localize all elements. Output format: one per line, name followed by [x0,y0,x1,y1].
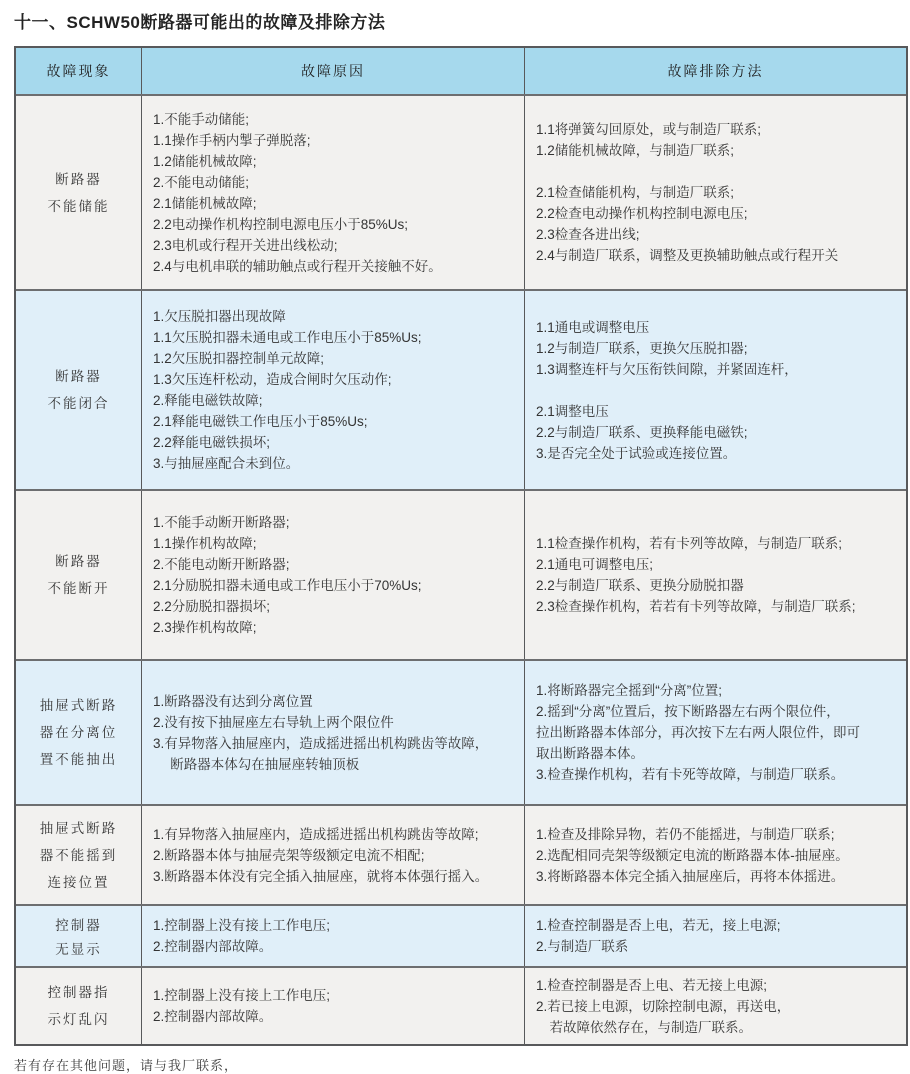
text-line: 2.断路器本体与抽屉壳架等级额定电流不相配; [153,845,516,866]
text-line: 1.断路器没有达到分离位置 [153,691,516,712]
text-line: 1.控制器上没有接上工作电压; [153,915,516,936]
cell-phenomenon: 控制器无显示 [16,906,142,966]
table-row: 控制器指示灯乱闪 1.控制器上没有接上工作电压;2.控制器内部故障。 1.检查控… [16,966,906,1044]
cell-cause: 1.有异物落入抽屉座内，造成摇进摇出机构跳齿等故障;2.断路器本体与抽屉壳架等级… [142,806,525,904]
text-line: 3.将断路器本体完全插入抽屉座后，再将本体摇进。 [536,866,898,887]
text-line: 2.4与电机串联的辅助触点或行程开关接触不好。 [153,256,516,277]
text-line: 1.有异物落入抽屉座内，造成摇进摇出机构跳齿等故障; [153,824,516,845]
text-line: 控制器指 [48,979,110,1006]
text-line: 2.控制器内部故障。 [153,1006,516,1027]
cell-remedy: 1.检查及排除异物，若仍不能摇进，与制造厂联系;2.选配相同壳架等级额定电流的断… [525,806,906,904]
table-rows: 断路器不能储能 1.不能手动储能;1.1操作手柄内掣子弹脱落;1.2储能机械故障… [16,94,906,1044]
text-line: 2.1储能机械故障; [153,193,516,214]
text-line: 2.不能电动储能; [153,172,516,193]
table-row: 断路器不能闭合 1.欠压脱扣器出现故障1.1欠压脱扣器未通电或工作电压小于85%… [16,289,906,489]
cell-remedy: 1.1检查操作机构，若有卡列等故障，与制造厂联系;2.1通电可调整电压;2.2与… [525,491,906,659]
text-line: 断路器 [55,166,102,193]
text-line: 2.不能电动断开断路器; [153,554,516,575]
cell-phenomenon: 断路器不能断开 [16,491,142,659]
text-line: 不能断开 [48,575,110,602]
table-row: 断路器不能储能 1.不能手动储能;1.1操作手柄内掣子弹脱落;1.2储能机械故障… [16,94,906,289]
text-line: 1.3调整连杆与欠压衔铁间隙，并紧固连杆， [536,359,898,380]
text-line: 2.3检查各进出线; [536,224,898,245]
cell-phenomenon: 断路器不能储能 [16,96,142,289]
table-row: 抽屉式断路器不能摇到连接位置 1.有异物落入抽屉座内，造成摇进摇出机构跳齿等故障… [16,804,906,904]
text-line [536,380,898,401]
text-line: 2.2与制造厂联系、更换分励脱扣器 [536,575,898,596]
text-line: 不能闭合 [48,390,110,417]
table-row: 断路器不能断开 1.不能手动断开断路器;1.1操作机构故障;2.不能电动断开断路… [16,489,906,659]
text-line: 3.检查操作机构，若有卡死等故障，与制造厂联系。 [536,764,898,785]
text-line: 2.1检查储能机构，与制造厂联系; [536,182,898,203]
table-row: 控制器无显示 1.控制器上没有接上工作电压;2.控制器内部故障。 1.检查控制器… [16,904,906,966]
text-line: 2.2电动操作机构控制电源电压小于85%Us; [153,214,516,235]
text-line: 控制器 [55,912,102,936]
text-line: 1.不能手动断开断路器; [153,512,516,533]
text-line: 1.1检查操作机构，若有卡列等故障，与制造厂联系; [536,533,898,554]
text-line: 3.是否完全处于试验或连接位置。 [536,443,898,464]
footer-note: 若有存在其他问题，请与我厂联系， [14,1055,910,1074]
text-line: 2.4与制造厂联系，调整及更换辅助触点或行程开关 [536,245,898,266]
text-line: 2.释能电磁铁故障; [153,390,516,411]
text-line: 3.断路器本体没有完全插入抽屉座，就将本体强行摇入。 [153,866,516,887]
cell-phenomenon: 断路器不能闭合 [16,291,142,489]
page-title: 十一、SCHW50断路器可能出的故障及排除方法 [14,8,910,33]
text-line: 取出断路器本体。 [536,743,898,764]
text-line: 不能储能 [48,193,110,220]
text-line: 2.2与制造厂联系、更换释能电磁铁; [536,422,898,443]
text-line: 2.2释能电磁铁损坏; [153,432,516,453]
text-line: 1.检查控制器是否上电、若无接上电源; [536,975,898,996]
cell-cause: 1.不能手动储能;1.1操作手柄内掣子弹脱落;1.2储能机械故障;2.不能电动储… [142,96,525,289]
text-line: 1.检查及排除异物，若仍不能摇进，与制造厂联系; [536,824,898,845]
text-line: 1.检查控制器是否上电，若无，接上电源; [536,915,898,936]
text-line: 1.欠压脱扣器出现故障 [153,306,516,327]
text-line: 2.3操作机构故障; [153,617,516,638]
cell-phenomenon: 控制器指示灯乱闪 [16,968,142,1044]
text-line: 1.将断路器完全摇到“分离”位置; [536,680,898,701]
text-line: 1.2与制造厂联系，更换欠压脱扣器; [536,338,898,359]
text-line: 器在分离位 [40,719,118,746]
text-line: 置不能抽出 [40,746,118,773]
text-line: 抽屉式断路 [40,815,118,842]
cell-remedy: 1.1将弹簧勾回原处，或与制造厂联系;1.2储能机械故障，与制造厂联系;2.1检… [525,96,906,289]
cell-remedy: 1.检查控制器是否上电、若无接上电源;2.若已接上电源，切除控制电源，再送电， … [525,968,906,1044]
text-line: 1.1欠压脱扣器未通电或工作电压小于85%Us; [153,327,516,348]
text-line: 1.2欠压脱扣器控制单元故障; [153,348,516,369]
text-line: 2.2检查电动操作机构控制电源电压; [536,203,898,224]
text-line: 断路器本体勾在抽屉座转轴顶板 [153,754,516,775]
text-line: 2.1分励脱扣器未通电或工作电压小于70%Us; [153,575,516,596]
text-line [536,161,898,182]
text-line: 2.与制造厂联系 [536,936,898,957]
text-line: 2.2分励脱扣器损坏; [153,596,516,617]
cell-cause: 1.欠压脱扣器出现故障1.1欠压脱扣器未通电或工作电压小于85%Us;1.2欠压… [142,291,525,489]
text-line: 1.1操作手柄内掣子弹脱落; [153,130,516,151]
text-line: 1.2储能机械故障; [153,151,516,172]
text-line: 1.1通电或调整电压 [536,317,898,338]
header-cell-cause: 故障原因 [142,48,525,94]
text-line: 器不能摇到 [40,842,118,869]
cell-remedy: 1.将断路器完全摇到“分离”位置;2.摇到“分离”位置后，按下断路器左右两个限位… [525,661,906,804]
text-line: 2.选配相同壳架等级额定电流的断路器本体-抽屉座。 [536,845,898,866]
text-line: 2.控制器内部故障。 [153,936,516,957]
text-line: 1.3欠压连杆松动，造成合闸时欠压动作; [153,369,516,390]
cell-cause: 1.断路器没有达到分离位置2.没有按下抽屉座左右导轨上两个限位件3.有异物落入抽… [142,661,525,804]
cell-phenomenon: 抽屉式断路器在分离位置不能抽出 [16,661,142,804]
text-line: 2.3检查操作机构，若若有卡列等故障，与制造厂联系; [536,596,898,617]
text-line: 1.控制器上没有接上工作电压; [153,985,516,1006]
cell-remedy: 1.检查控制器是否上电，若无，接上电源;2.与制造厂联系 [525,906,906,966]
cell-cause: 1.控制器上没有接上工作电压;2.控制器内部故障。 [142,968,525,1044]
text-line: 3.有异物落入抽屉座内，造成摇进摇出机构跳齿等故障， [153,733,516,754]
text-line: 2.3电机或行程开关进出线松动; [153,235,516,256]
page: 十一、SCHW50断路器可能出的故障及排除方法 故障现象 故障原因 故障排除方法… [0,0,910,1074]
text-line: 示灯乱闪 [48,1006,110,1033]
cell-remedy: 1.1通电或调整电压1.2与制造厂联系，更换欠压脱扣器;1.3调整连杆与欠压衔铁… [525,291,906,489]
table-header-row: 故障现象 故障原因 故障排除方法 [16,48,906,94]
cell-phenomenon: 抽屉式断路器不能摇到连接位置 [16,806,142,904]
text-line: 1.不能手动储能; [153,109,516,130]
cell-cause: 1.不能手动断开断路器;1.1操作机构故障;2.不能电动断开断路器;2.1分励脱… [142,491,525,659]
header-cell-remedy: 故障排除方法 [525,48,906,94]
header-cell-phenomenon: 故障现象 [16,48,142,94]
text-line: 断路器 [55,548,102,575]
text-line: 1.1将弹簧勾回原处，或与制造厂联系; [536,119,898,140]
table-row: 抽屉式断路器在分离位置不能抽出 1.断路器没有达到分离位置2.没有按下抽屉座左右… [16,659,906,804]
text-line: 3.与抽屉座配合未到位。 [153,453,516,474]
text-line: 拉出断路器本体部分，再次按下左右两人限位件，即可 [536,722,898,743]
text-line: 无显示 [55,936,102,960]
text-line: 1.2储能机械故障，与制造厂联系; [536,140,898,161]
text-line: 2.1释能电磁铁工作电压小于85%Us; [153,411,516,432]
text-line: 若故障依然存在，与制造厂联系。 [536,1017,898,1038]
text-line: 2.若已接上电源，切除控制电源，再送电， [536,996,898,1017]
text-line: 2.摇到“分离”位置后，按下断路器左右两个限位件， [536,701,898,722]
text-line: 1.1操作机构故障; [153,533,516,554]
text-line: 抽屉式断路 [40,692,118,719]
text-line: 断路器 [55,363,102,390]
cell-cause: 1.控制器上没有接上工作电压;2.控制器内部故障。 [142,906,525,966]
text-line: 2.1通电可调整电压; [536,554,898,575]
text-line: 2.1调整电压 [536,401,898,422]
text-line: 连接位置 [48,869,110,896]
text-line: 2.没有按下抽屉座左右导轨上两个限位件 [153,712,516,733]
fault-table: 故障现象 故障原因 故障排除方法 断路器不能储能 1.不能手动储能;1.1操作手… [14,46,908,1046]
